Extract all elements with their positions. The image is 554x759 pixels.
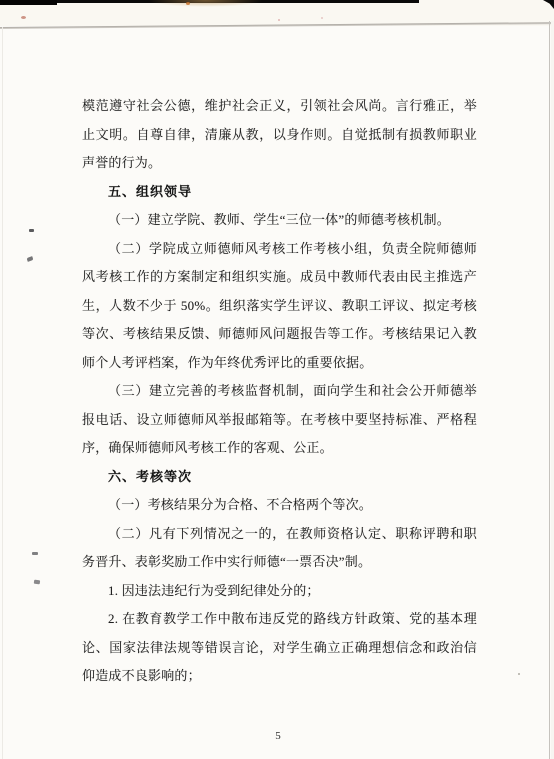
scanner-background-right	[551, 21, 554, 759]
margin-ink-mark	[26, 256, 33, 262]
margin-ink-mark	[34, 580, 40, 584]
paragraph: 1. 因违法违纪行为受到纪律处分的；	[82, 577, 477, 606]
paragraph: （二）学院成立师德师风考核工作考核小组，负责全院师德师风考核工作的方案制定和组织…	[82, 235, 477, 378]
scan-speck	[518, 673, 520, 675]
scan-speck	[186, 2, 190, 5]
scanned-page: 模范遵守社会公德，维护社会正义，引领社会风尚。言行雅正，举止文明。自尊自律，清廉…	[0, 0, 554, 759]
scan-stain	[148, 0, 263, 7]
paragraph: 2. 在教育教学工作中散布违反党的路线方针政策、党的基本理论、国家法律法规等错误…	[82, 605, 477, 691]
paragraph: （一）建立学院、教师、学生“三位一体”的师德考核机制。	[82, 206, 477, 235]
paper-right-edge-line	[549, 21, 550, 759]
margin-ink-mark	[29, 229, 34, 232]
scan-speck	[21, 16, 26, 19]
paragraph: 模范遵守社会公德，维护社会正义，引领社会风尚。言行雅正，举止文明。自尊自律，清廉…	[82, 92, 477, 178]
paper-left-edge-line	[2, 27, 3, 759]
paragraph: （三）建立完善的考核监督机制，面向学生和社会公开师德举报电话、设立师德师风举报邮…	[82, 377, 477, 463]
section-heading: 六、考核等次	[82, 463, 477, 492]
paragraph: （一）考核结果分为合格、不合格两个等次。	[82, 491, 477, 520]
scan-top-left-black-corner	[0, 0, 57, 5]
margin-ink-mark	[32, 552, 38, 555]
page-number: 5	[262, 730, 294, 742]
paragraph: （二）凡有下列情况之一的，在教师资格认定、职称评聘和职务晋升、表彰奖励工作中实行…	[82, 520, 477, 577]
document-body: 模范遵守社会公德，维护社会正义，引领社会风尚。言行雅正，举止文明。自尊自律，清廉…	[82, 92, 477, 691]
section-heading: 五、组织领导	[82, 178, 477, 207]
scan-speck	[321, 17, 323, 19]
scan-speck	[278, 19, 280, 21]
